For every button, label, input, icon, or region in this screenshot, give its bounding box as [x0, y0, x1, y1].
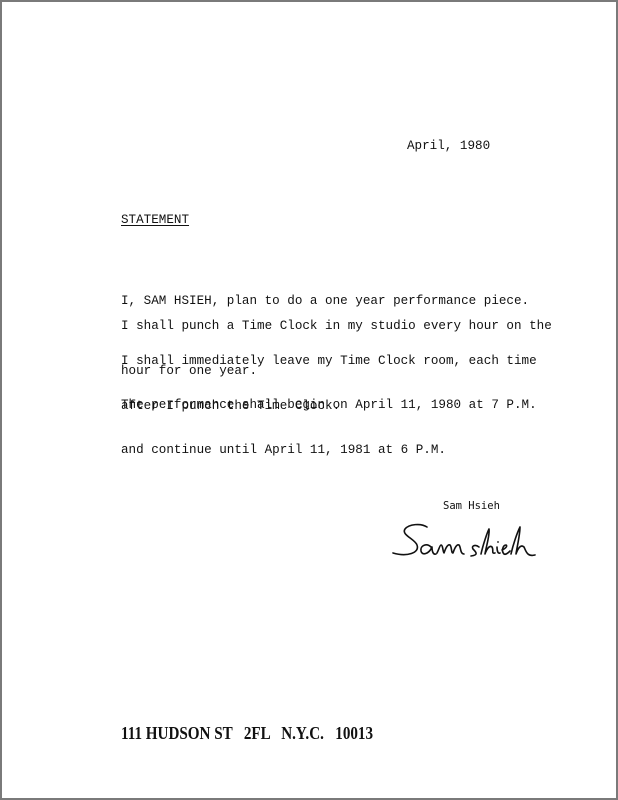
statement-page: April, 1980 STATEMENT I, SAM HSIEH, plan… [0, 0, 618, 800]
paragraph-line: and continue until April 11, 1981 at 6 P… [121, 443, 537, 458]
mailing-address: 111 HUDSON ST 2FL N.Y.C. 10013 [121, 723, 373, 744]
paragraph-line: The performance shall begin on April 11,… [121, 398, 537, 413]
paragraph-schedule: The performance shall begin on April 11,… [121, 368, 537, 488]
paragraph-line: I shall immediately leave my Time Clock … [121, 354, 537, 369]
handwritten-signature: Sam Hsieh [387, 517, 547, 567]
printed-name: Sam Hsieh [443, 499, 500, 514]
statement-heading: STATEMENT [121, 213, 189, 228]
document-date: April, 1980 [407, 139, 490, 154]
